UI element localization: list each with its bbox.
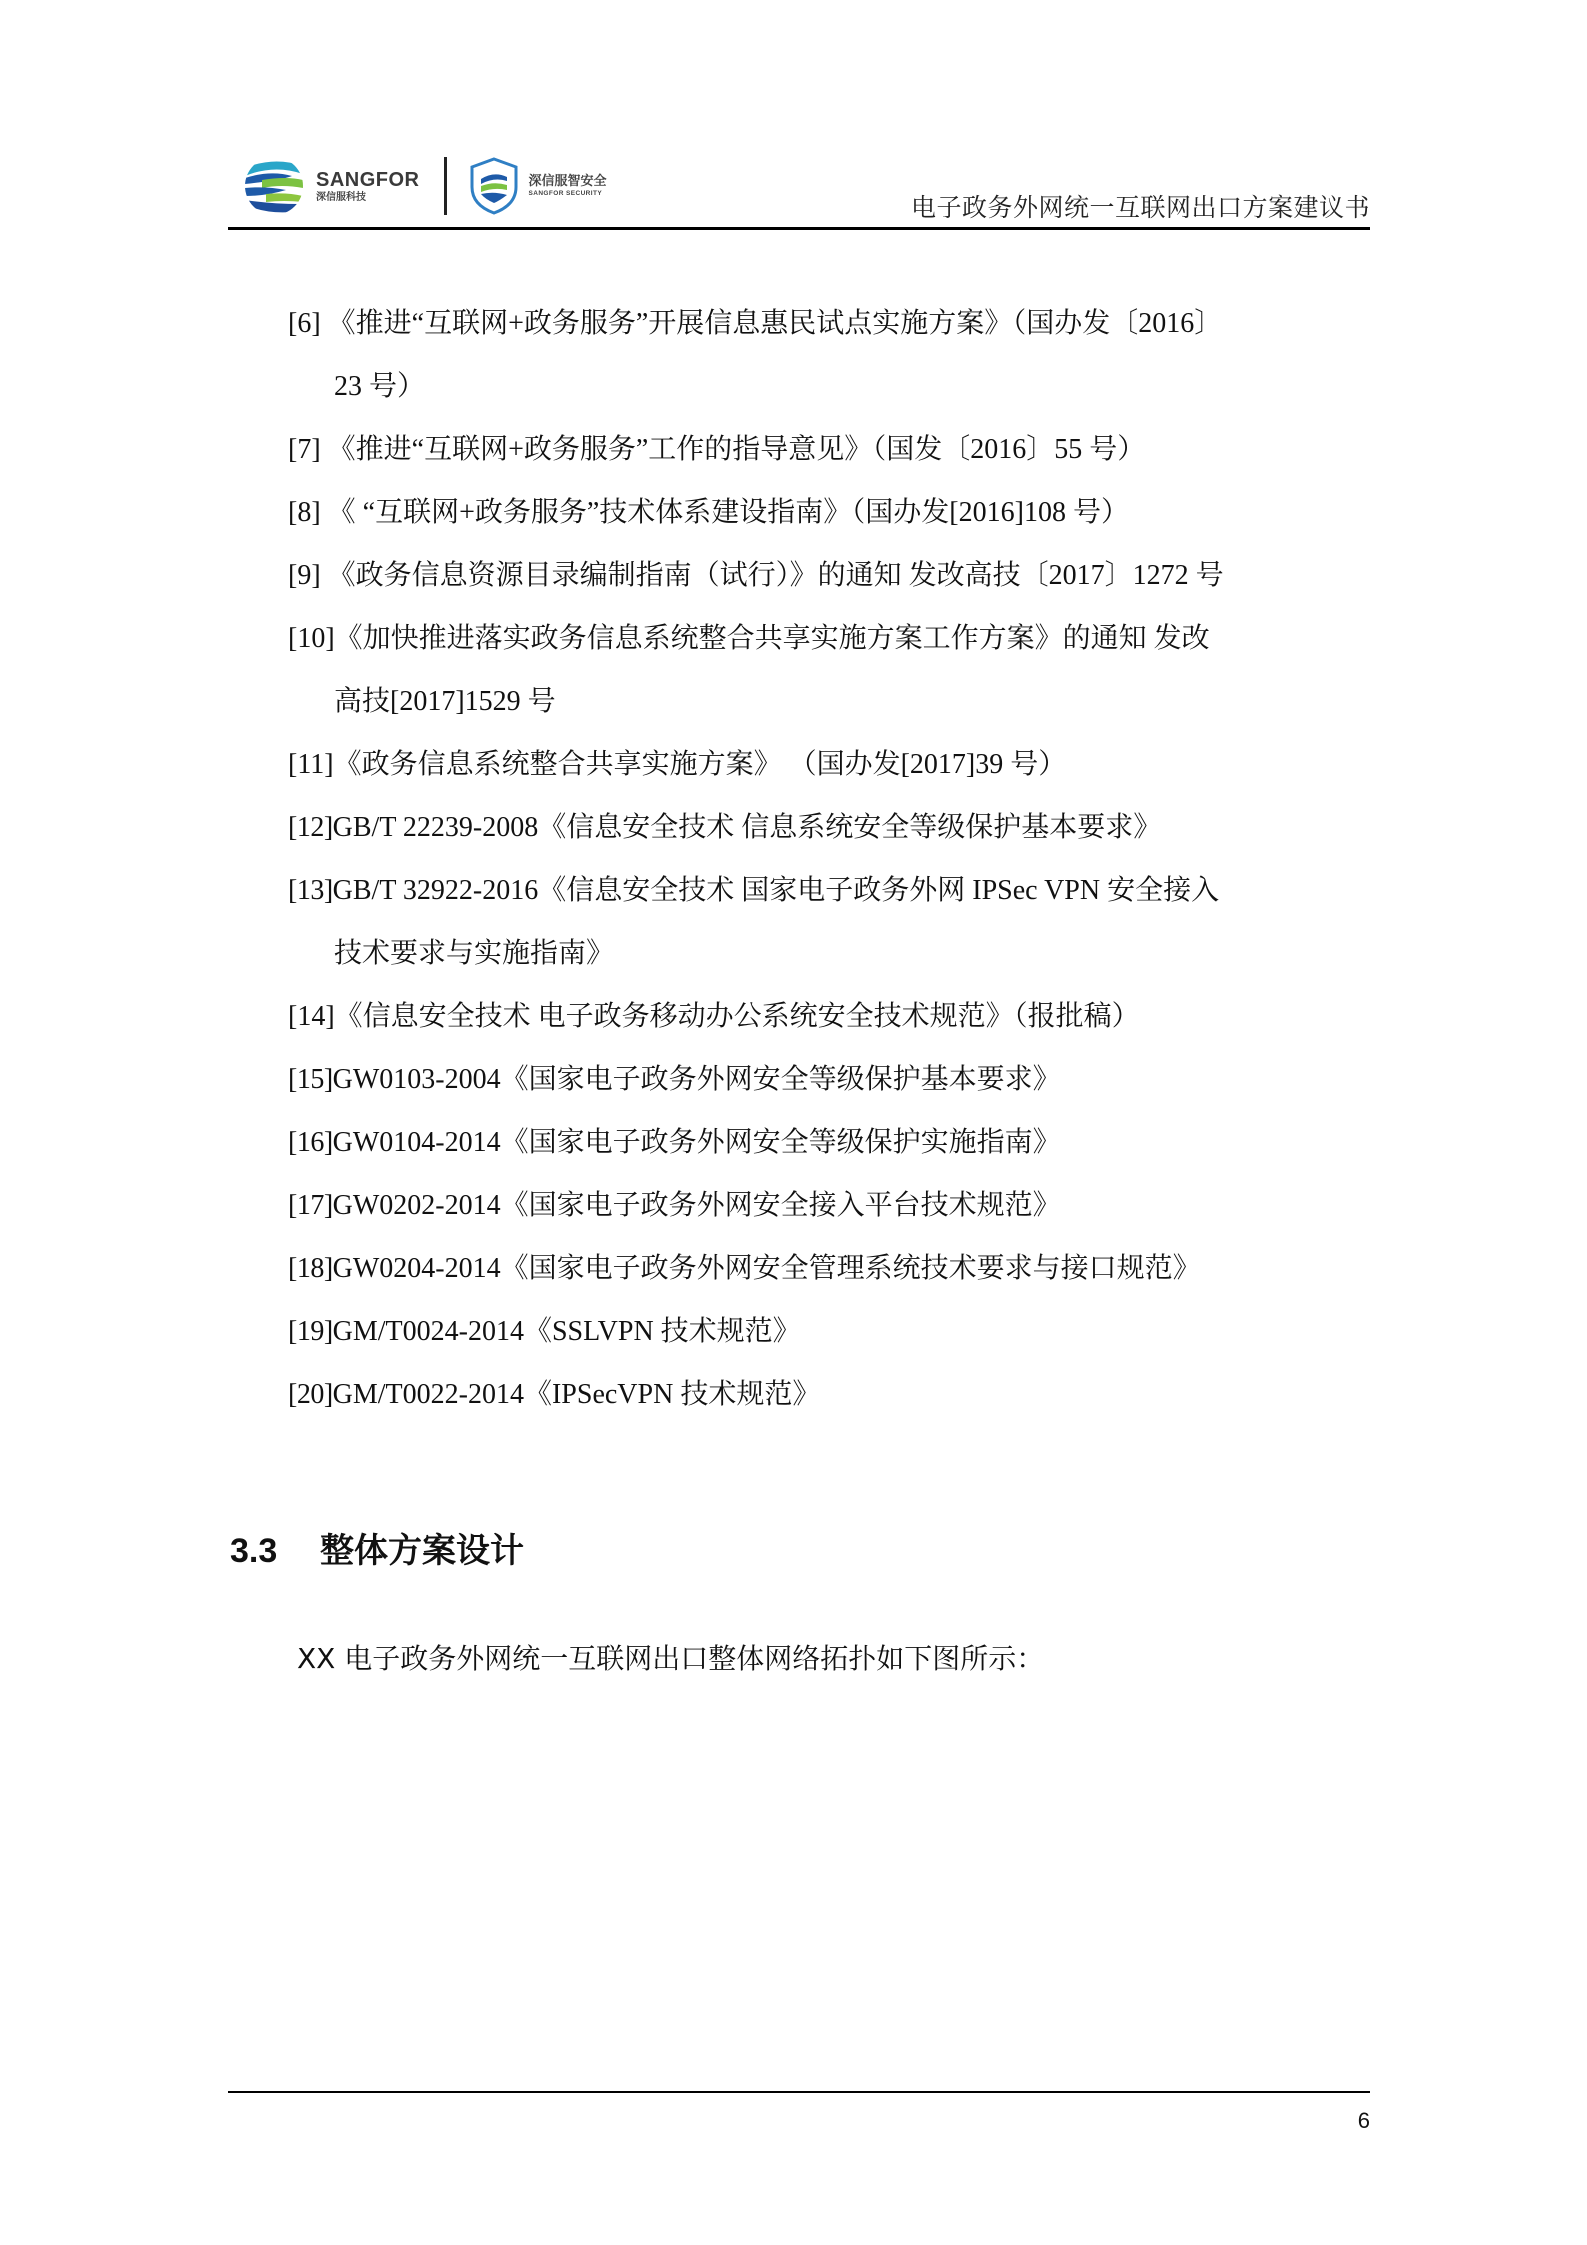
page-number: 6 — [1358, 2108, 1370, 2134]
sangfor-wordmark: SANGFOR 深信服科技 — [316, 169, 420, 204]
reference-continuation: 技术要求与实施指南》 — [288, 922, 1378, 985]
reference-text: 《信息安全技术 电子政务移动办公系统安全技术规范》（报批稿） — [335, 1001, 1140, 1032]
reference-item: [12]GB/T 22239-2008《信息安全技术 信息系统安全等级保护基本要… — [288, 796, 1378, 859]
reference-number: [19] — [288, 1300, 333, 1363]
reference-number: [8] — [288, 481, 321, 544]
reference-number: [17] — [288, 1174, 333, 1237]
sangfor-security-shield-icon — [469, 157, 519, 215]
sangfor-security-wordmark: 深信服智安全 SANGFOR SECURITY — [529, 173, 607, 199]
section-heading: 3.3整体方案设计 — [230, 1523, 524, 1572]
reference-item: [19]GM/T0024-2014《SSLVPN 技术规范》 — [288, 1300, 1378, 1363]
header-rule — [228, 227, 1370, 230]
reference-number: [10] — [288, 607, 335, 670]
reference-number: [20] — [288, 1363, 333, 1426]
logo-brand-text: SANGFOR — [316, 169, 420, 191]
reference-text: GW0202-2014《国家电子政务外网安全接入平台技术规范》 — [333, 1190, 1061, 1221]
section-intro-paragraph: XX 电子政务外网统一互联网出口整体网络拓扑如下图所示： — [297, 1637, 1044, 1677]
reference-text: GW0103-2004《国家电子政务外网安全等级保护基本要求》 — [333, 1064, 1061, 1095]
reference-item: [10]《加快推进落实政务信息系统整合共享实施方案工作方案》的通知 发改 — [288, 607, 1378, 670]
logo-group: SANGFOR 深信服科技 深信服智安全 SANGFOR SECURITY — [242, 154, 607, 218]
reference-text: 《 “互联网+政务服务”技术体系建设指南》（国办发[2016]108 号） — [328, 497, 1129, 528]
reference-item: [16]GW0104-2014《国家电子政务外网安全等级保护实施指南》 — [288, 1111, 1378, 1174]
reference-item: [18]GW0204-2014《国家电子政务外网安全管理系统技术要求与接口规范》 — [288, 1237, 1378, 1300]
section-number: 3.3 — [230, 1532, 320, 1571]
reference-text: GW0204-2014《国家电子政务外网安全管理系统技术要求与接口规范》 — [333, 1253, 1201, 1284]
reference-item: [13]GB/T 32922-2016《信息安全技术 国家电子政务外网 IPSe… — [288, 859, 1378, 922]
reference-item: [6] 《推进“互联网+政务服务”开展信息惠民试点实施方案》（国办发〔2016〕 — [288, 292, 1378, 355]
footer-rule — [228, 2091, 1370, 2093]
reference-number: [12] — [288, 796, 333, 859]
reference-item: [7] 《推进“互联网+政务服务”工作的指导意见》（国发〔2016〕55 号） — [288, 418, 1378, 481]
reference-text: GB/T 22239-2008《信息安全技术 信息系统安全等级保护基本要求》 — [333, 812, 1162, 843]
logo2-en-text: SANGFOR SECURITY — [529, 189, 607, 199]
reference-continuation: 高技[2017]1529 号 — [288, 670, 1378, 733]
document-title: 电子政务外网统一互联网出口方案建议书 — [911, 188, 1370, 224]
reference-item: [17]GW0202-2014《国家电子政务外网安全接入平台技术规范》 — [288, 1174, 1378, 1237]
reference-text: GB/T 32922-2016《信息安全技术 国家电子政务外网 IPSec VP… — [333, 875, 1219, 906]
reference-text: GM/T0024-2014《SSLVPN 技术规范》 — [333, 1316, 801, 1347]
reference-number: [15] — [288, 1048, 333, 1111]
logo2-cn-text: 深信服智安全 — [529, 173, 607, 189]
reference-number: [6] — [288, 292, 321, 355]
reference-text: 《推进“互联网+政务服务”开展信息惠民试点实施方案》（国办发〔2016〕 — [328, 308, 1223, 339]
reference-text: 《政务信息资源目录编制指南（试行）》的通知 发改高技〔2017〕1272 号 — [328, 560, 1224, 591]
reference-text: 《推进“互联网+政务服务”工作的指导意见》（国发〔2016〕55 号） — [328, 434, 1146, 465]
section-title: 整体方案设计 — [320, 1532, 524, 1570]
reference-item: [8] 《 “互联网+政务服务”技术体系建设指南》（国办发[2016]108 号… — [288, 481, 1378, 544]
reference-number: [9] — [288, 544, 321, 607]
reference-number: [16] — [288, 1111, 333, 1174]
reference-item: [20]GM/T0022-2014《IPSecVPN 技术规范》 — [288, 1363, 1378, 1426]
page-header: SANGFOR 深信服科技 深信服智安全 SANGFOR SECURITY 电子… — [228, 150, 1370, 230]
reference-list: [6] 《推进“互联网+政务服务”开展信息惠民试点实施方案》（国办发〔2016〕… — [288, 292, 1378, 1426]
reference-continuation: 23 号） — [288, 355, 1378, 418]
reference-text: 《加快推进落实政务信息系统整合共享实施方案工作方案》的通知 发改 — [335, 623, 1210, 654]
reference-number: [18] — [288, 1237, 333, 1300]
logo-divider — [444, 157, 447, 215]
reference-number: [14] — [288, 985, 335, 1048]
reference-text: 《政务信息系统整合共享实施方案》 （国办发[2017]39 号） — [334, 749, 1067, 780]
reference-number: [7] — [288, 418, 321, 481]
document-page: SANGFOR 深信服科技 深信服智安全 SANGFOR SECURITY 电子… — [0, 0, 1587, 2245]
reference-text: GM/T0022-2014《IPSecVPN 技术规范》 — [333, 1379, 821, 1410]
reference-item: [11]《政务信息系统整合共享实施方案》 （国办发[2017]39 号） — [288, 733, 1378, 796]
reference-number: [13] — [288, 859, 333, 922]
reference-number: [11] — [288, 733, 334, 796]
reference-item: [14]《信息安全技术 电子政务移动办公系统安全技术规范》（报批稿） — [288, 985, 1378, 1048]
reference-text: GW0104-2014《国家电子政务外网安全等级保护实施指南》 — [333, 1127, 1061, 1158]
reference-item: [15]GW0103-2004《国家电子政务外网安全等级保护基本要求》 — [288, 1048, 1378, 1111]
logo-subtitle-text: 深信服科技 — [316, 191, 420, 204]
reference-item: [9] 《政务信息资源目录编制指南（试行）》的通知 发改高技〔2017〕1272… — [288, 544, 1378, 607]
sangfor-globe-logo-icon — [242, 154, 306, 218]
